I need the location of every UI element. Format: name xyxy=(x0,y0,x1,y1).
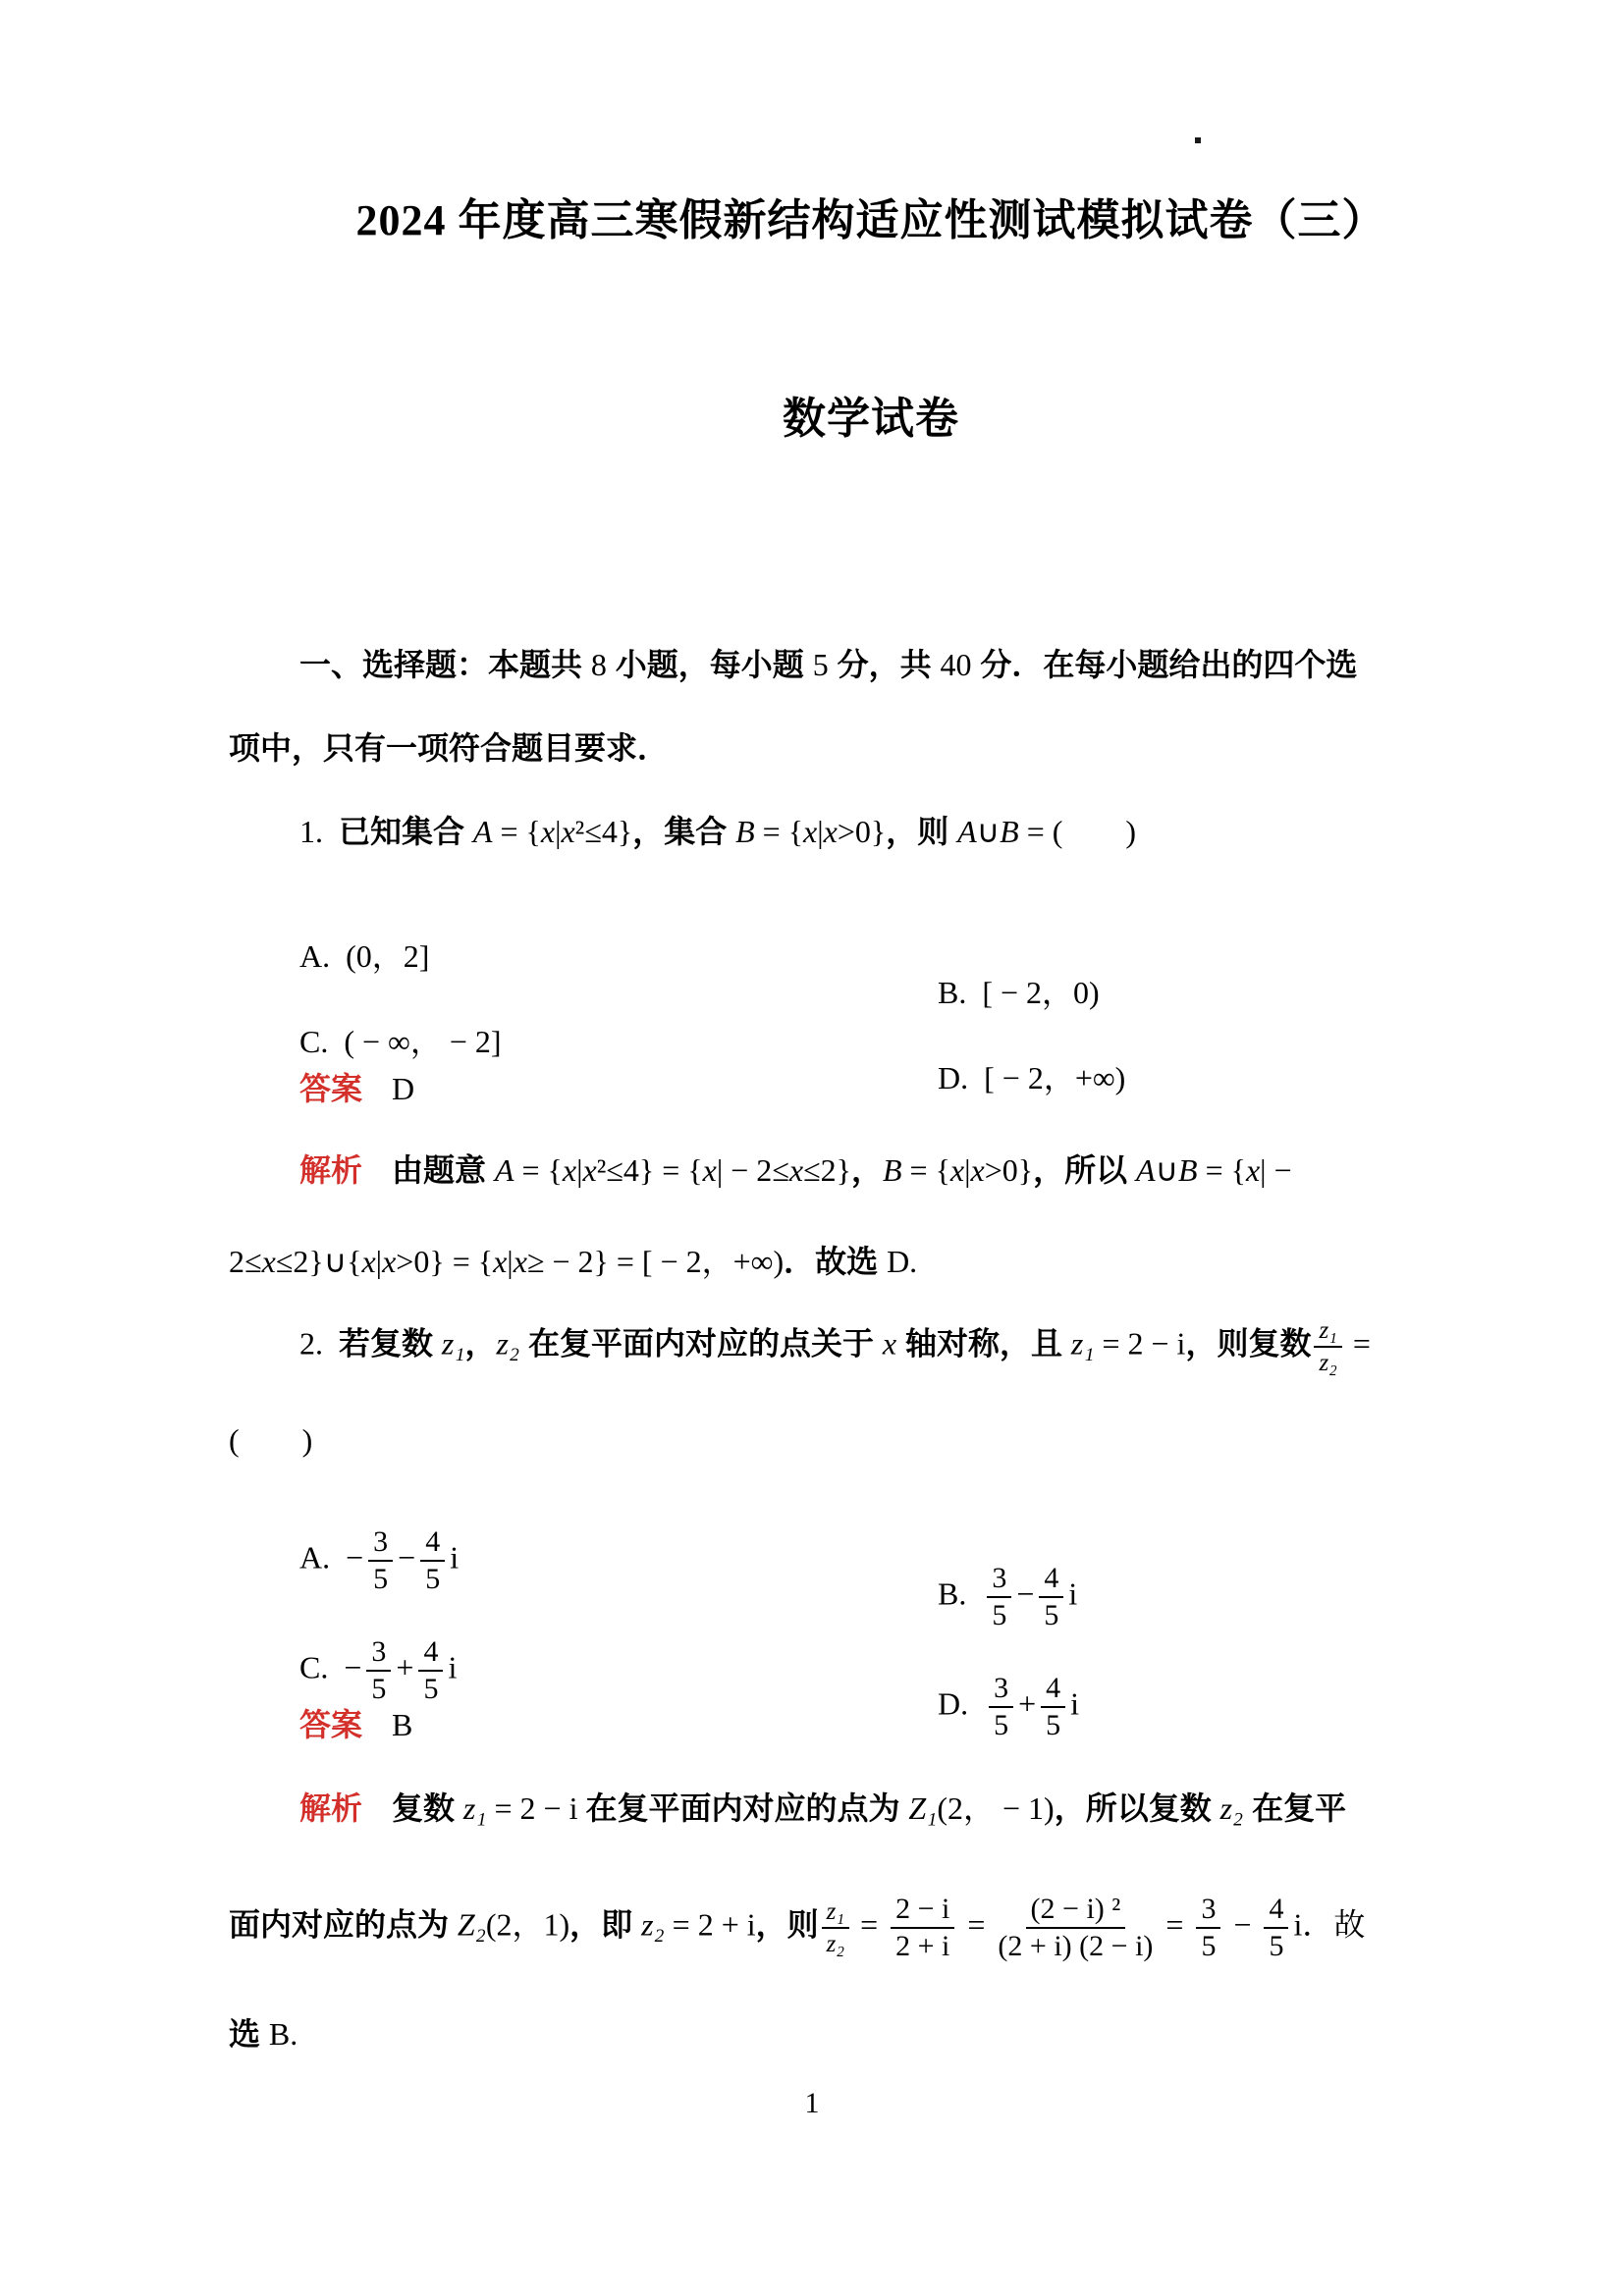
text-segment: z₂ xyxy=(1220,1790,1244,1826)
text-segment: = { xyxy=(755,814,803,849)
text-segment: 8 xyxy=(591,647,607,682)
q1-explanation-line-2: 2≤x≤2}∪{x|x>0} = {x|x≥ − 2} = [ − 2，+∞)．… xyxy=(229,1244,917,1280)
fraction: 35 xyxy=(368,1526,393,1596)
q2-option-a: A. −35−45i xyxy=(299,1526,459,1596)
text-segment: 分．在每小题给出的四个选 xyxy=(972,647,1358,682)
text-segment: 选 xyxy=(229,2016,269,2052)
text-segment: ， xyxy=(851,1152,883,1188)
text-segment: = ( ) xyxy=(1019,814,1136,849)
q1-option-d: D. [ − 2，+∞) xyxy=(938,1060,1125,1096)
text-segment: z₂ xyxy=(497,1325,520,1361)
text-segment: 由题意 xyxy=(392,1152,495,1188)
text-segment: Z₂ xyxy=(458,1907,486,1943)
text-segment: B xyxy=(735,814,755,849)
fraction: 2 − i2 + i xyxy=(891,1894,954,1963)
text-segment: D. [ − 2，+∞) xyxy=(938,1060,1125,1095)
text-segment: B xyxy=(392,1707,412,1742)
text-segment: = 2 − i xyxy=(487,1790,586,1826)
text-segment: = 2 − i xyxy=(1094,1325,1185,1361)
text-segment: + xyxy=(1018,1685,1036,1721)
text-segment: D xyxy=(392,1071,414,1106)
text-segment: x xyxy=(883,1325,896,1361)
text-segment: B. xyxy=(269,2016,298,2052)
text-segment: x xyxy=(514,1244,527,1279)
text-segment: i xyxy=(1070,1685,1079,1721)
text-segment: x xyxy=(382,1244,396,1279)
text-segment: 解析 xyxy=(299,1152,362,1188)
text-segment: ，集合 xyxy=(632,814,735,849)
q1-stem: 1. 已知集合 A = {x|x²≤4}，集合 B = {x|x>0}，则 A∪… xyxy=(299,814,1136,850)
text-segment: 答案 xyxy=(299,1071,362,1106)
text-segment: (2， − 1) xyxy=(937,1790,1054,1826)
text-segment: = xyxy=(959,1907,993,1943)
text-segment: ∪ xyxy=(1156,1152,1178,1188)
text-segment: = xyxy=(1158,1907,1191,1943)
text-segment: ，则 xyxy=(756,1907,819,1943)
text-segment: 小题，每小题 xyxy=(607,647,813,682)
fraction: (2 − i) ²(2 + i) (2 − i) xyxy=(998,1894,1153,1963)
text-segment: ，则 xyxy=(886,814,957,849)
fraction: 35 xyxy=(1196,1894,1220,1963)
text-segment: − xyxy=(398,1540,415,1575)
text-segment: ²≤4} = { xyxy=(597,1152,703,1188)
text-segment: 轴对称，且 xyxy=(896,1325,1071,1361)
fraction: 45 xyxy=(418,1636,443,1706)
text-segment: | − xyxy=(1260,1152,1291,1188)
text-segment: = { xyxy=(514,1152,562,1188)
text-segment: = xyxy=(1345,1325,1371,1361)
exam-page: 2024 年度高三寒假新结构适应性测试模拟试卷（三） 数学试卷 一、选择题：本题… xyxy=(0,0,1624,2296)
text-segment: 面内对应的点为 xyxy=(229,1907,458,1943)
text-segment: >0} = { xyxy=(396,1244,493,1279)
text-segment: − xyxy=(1225,1907,1259,1943)
q2-stem: 2. 若复数 z₁，z₂ 在复平面内对应的点关于 x 轴对称，且 z₁ = 2 … xyxy=(299,1317,1371,1376)
fraction: 45 xyxy=(1264,1894,1288,1963)
text-segment: ≤2}∪{ xyxy=(276,1244,362,1279)
text-segment: 数学试卷 xyxy=(783,395,959,443)
text-segment: i．故 xyxy=(1293,1907,1365,1943)
text-segment: 5 xyxy=(813,647,829,682)
text-segment: Z₁ xyxy=(908,1790,937,1826)
text-segment: B xyxy=(883,1152,902,1188)
text-segment: x xyxy=(1246,1152,1260,1188)
text-segment: A xyxy=(473,814,493,849)
q1-option-a: A. (0，2] xyxy=(299,938,429,975)
text-segment: >0} xyxy=(985,1152,1033,1188)
text-segment: ．故选 xyxy=(784,1244,887,1279)
text-segment: x xyxy=(541,814,555,849)
text-segment: A. (0，2] xyxy=(299,938,429,974)
text-segment: 在复平面内对应的点为 xyxy=(585,1790,908,1826)
q2-choice-parentheses: ( ) xyxy=(229,1422,312,1459)
q2-explanation-line-2: 面内对应的点为 Z₂(2，1)，即 z₂ = 2 + i，则z₁z₂ = 2 −… xyxy=(229,1894,1365,1963)
q1-explanation-line-1: 解析由题意 A = {x|x²≤4} = {x| − 2≤x≤2}，B = {x… xyxy=(299,1152,1292,1189)
text-segment: ≤2} xyxy=(803,1152,851,1188)
exam-subtitle: 数学试卷 xyxy=(59,395,1624,445)
text-segment: z₁ xyxy=(463,1790,487,1826)
text-segment: 解析 xyxy=(299,1790,362,1826)
text-segment: ( ) xyxy=(229,1422,312,1458)
text-segment: B xyxy=(1000,814,1019,849)
text-segment: 若复数 xyxy=(339,1325,442,1361)
text-segment: ，则复数 xyxy=(1185,1325,1311,1361)
text-segment: ∪ xyxy=(977,814,1000,849)
q2-option-c: C. −35+45i xyxy=(299,1636,457,1706)
text-segment: 年度高三寒假新结构适应性测试模拟试卷（三） xyxy=(459,196,1386,244)
fraction: 35 xyxy=(366,1636,391,1706)
text-segment: 40 xyxy=(941,647,972,682)
fraction: z₁z₂ xyxy=(822,1898,849,1957)
q1-option-c: C. ( − ∞， − 2] xyxy=(299,1024,502,1060)
text-segment: + xyxy=(396,1650,413,1685)
q2-options-row-2: C. −35+45i D. 35+45i xyxy=(0,1600,1624,1744)
text-segment: z₁ xyxy=(1071,1325,1095,1361)
text-segment: | − 2≤ xyxy=(717,1152,789,1188)
text-segment: D. xyxy=(887,1244,917,1279)
page-number: 1 xyxy=(0,2087,1624,2121)
text-segment: = { xyxy=(492,814,540,849)
text-segment: 1. xyxy=(299,814,339,849)
text-segment: ≥ − 2} = [ − 2，+∞) xyxy=(527,1244,784,1279)
text-segment: A xyxy=(957,814,977,849)
text-segment: i xyxy=(450,1540,459,1575)
text-segment: x xyxy=(824,814,838,849)
text-segment: z₁ xyxy=(442,1325,465,1361)
text-segment: C. ( − ∞， − 2] xyxy=(299,1024,502,1059)
text-segment: x xyxy=(789,1152,803,1188)
text-segment: = { xyxy=(902,1152,950,1188)
q2-option-d: D. 35+45i xyxy=(938,1673,1079,1742)
text-segment: 2024 xyxy=(356,196,459,244)
text-segment: ，所以 xyxy=(1033,1152,1136,1188)
text-segment: 项中，只有一项符合题目要求． xyxy=(229,730,669,766)
text-segment: x xyxy=(563,1152,576,1188)
text-segment: (2，1) xyxy=(486,1907,569,1943)
fraction: 35 xyxy=(989,1673,1013,1742)
text-segment: x xyxy=(493,1244,507,1279)
fraction: z₁z₂ xyxy=(1314,1317,1341,1376)
q2-explanation-line-1: 解析复数 z₁ = 2 − i 在复平面内对应的点为 Z₁(2， − 1)，所以… xyxy=(299,1790,1346,1827)
text-segment: x xyxy=(582,1152,596,1188)
text-segment: = 2 + i xyxy=(665,1907,756,1943)
text-segment: C. − xyxy=(299,1650,361,1685)
text-segment: ，即 xyxy=(569,1907,641,1943)
text-segment: 答案 xyxy=(299,1707,362,1742)
exam-title: 2024 年度高三寒假新结构适应性测试模拟试卷（三） xyxy=(59,196,1624,246)
text-segment: B xyxy=(1178,1152,1198,1188)
text-segment: 复数 xyxy=(392,1790,463,1826)
text-segment: x xyxy=(703,1152,717,1188)
text-segment: z₂ xyxy=(641,1907,665,1943)
text-segment: A. − xyxy=(299,1540,363,1575)
text-segment: A xyxy=(1136,1152,1156,1188)
text-segment: 2. xyxy=(299,1325,339,1361)
text-segment: ， xyxy=(464,1325,496,1361)
text-segment: = xyxy=(852,1907,886,1943)
text-segment: i xyxy=(448,1650,457,1685)
text-segment: 在复平 xyxy=(1243,1790,1346,1826)
text-segment: 2≤ xyxy=(229,1244,262,1279)
section-intro-line-1: 一、选择题：本题共 8 小题，每小题 5 分，共 40 分．在每小题给出的四个选 xyxy=(299,647,1357,683)
text-segment: >0} xyxy=(838,814,886,849)
text-segment: A xyxy=(495,1152,514,1188)
text-segment: x xyxy=(561,814,574,849)
stray-dot xyxy=(1195,137,1201,143)
text-segment: 分，共 xyxy=(829,647,941,682)
q2-answer: 答案B xyxy=(299,1707,412,1743)
text-segment: ²≤4} xyxy=(575,814,633,849)
text-segment: x xyxy=(262,1244,276,1279)
text-segment: 一、选择题：本题共 xyxy=(299,647,591,682)
fraction: 45 xyxy=(420,1526,445,1596)
text-segment: x xyxy=(361,1244,375,1279)
q1-options-row-2: C. ( − ∞， − 2] D. [ − 2，+∞) xyxy=(0,988,1624,1132)
text-segment: D. xyxy=(938,1685,984,1721)
q2-explanation-line-3: 选 B. xyxy=(229,2016,298,2053)
text-segment: x xyxy=(803,814,817,849)
text-segment: x xyxy=(971,1152,985,1188)
fraction: 45 xyxy=(1041,1673,1065,1742)
text-segment: 在复平面内对应的点关于 xyxy=(519,1325,883,1361)
text-segment: = { xyxy=(1198,1152,1246,1188)
text-segment: ，所以复数 xyxy=(1055,1790,1220,1826)
text-segment: x xyxy=(950,1152,964,1188)
section-intro-line-2: 项中，只有一项符合题目要求． xyxy=(229,730,669,767)
q1-answer: 答案D xyxy=(299,1071,414,1107)
text-segment: 已知集合 xyxy=(339,814,473,849)
